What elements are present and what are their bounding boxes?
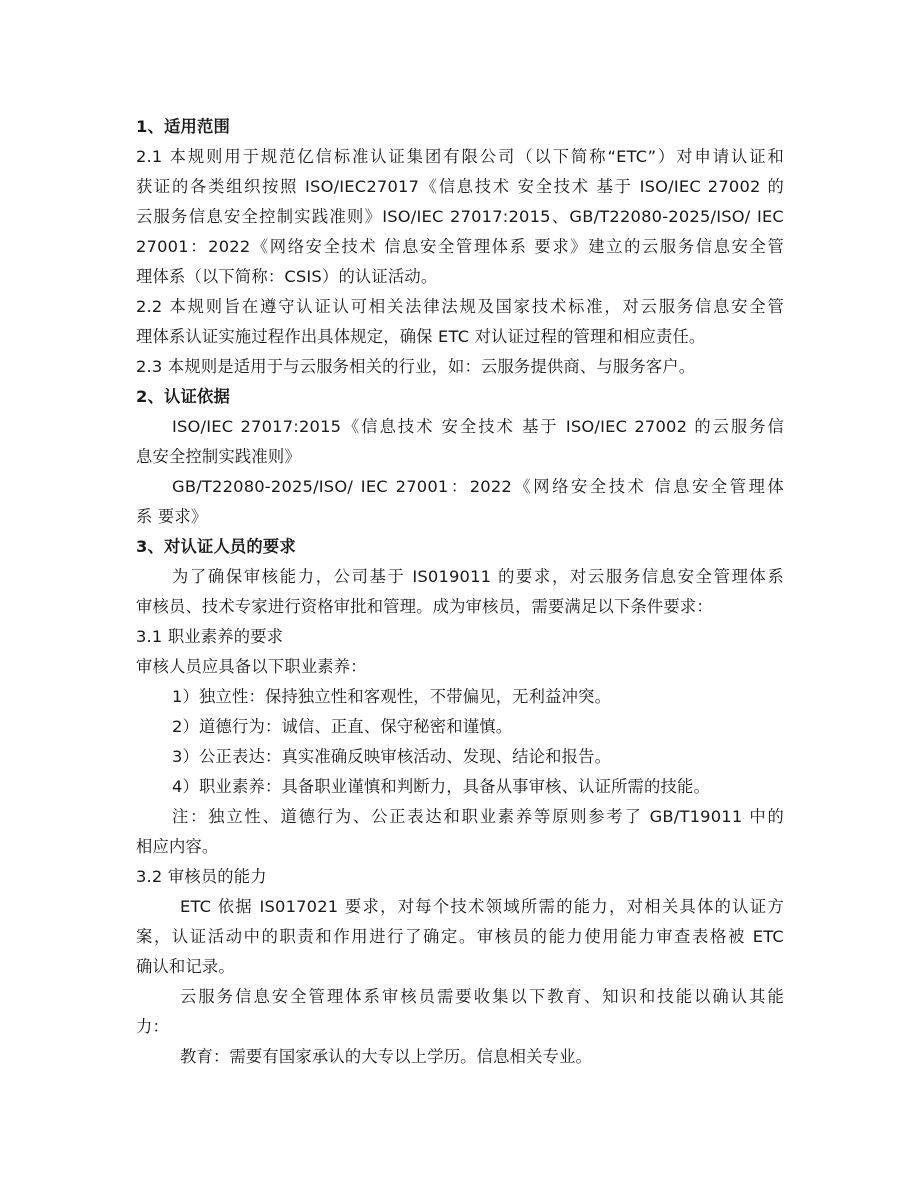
paragraph-line: 审核人员应具备以下职业素养：: [136, 652, 784, 682]
paragraph-line: 理体系（以下简称：CSIS）的认证活动。: [136, 262, 784, 292]
paragraph-line: 息安全控制实践准则》: [136, 442, 784, 472]
paragraph-line: 教育：需要有国家承认的大专以上学历。信息相关专业。: [136, 1042, 784, 1072]
subsection-title: 3.1 职业素养的要求: [136, 622, 784, 652]
note-line: 相应内容。: [136, 832, 784, 862]
paragraph-line: 理体系认证实施过程作出具体规定，确保 ETC 对认证过程的管理和相应责任。: [136, 322, 784, 352]
paragraph-line: 为了确保审核能力，公司基于 IS019011 的要求，对云服务信息安全管理体系: [136, 562, 784, 592]
paragraph-line: 2.3 本规则是适用于与云服务相关的行业，如：云服务提供商、与服务客户。: [136, 352, 784, 382]
section-heading-basis: 2、认证依据: [136, 382, 784, 412]
paragraph-line: 获证的各类组织按照 ISO/IEC27017《信息技术 安全技术 基于 ISO/…: [136, 172, 784, 202]
paragraph-line: 力：: [136, 1012, 784, 1042]
list-item: 3）公正表达：真实准确反映审核活动、发现、结论和报告。: [136, 742, 784, 772]
paragraph-line: ETC 依据 IS017021 要求，对每个技术领域所需的能力，对相关具体的认证…: [136, 892, 784, 922]
list-item: 4）职业素养：具备职业谨慎和判断力，具备从事审核、认证所需的技能。: [136, 772, 784, 802]
list-item: 1）独立性：保持独立性和客观性，不带偏见，无利益冲突。: [136, 682, 784, 712]
paragraph-line: 案，认证活动中的职责和作用进行了确定。审核员的能力使用能力审查表格被 ETC: [136, 922, 784, 952]
paragraph-line: 系 要求》: [136, 502, 784, 532]
paragraph-line: 确认和记录。: [136, 952, 784, 982]
list-item: 2）道德行为：诚信、正直、保守秘密和谨慎。: [136, 712, 784, 742]
section-heading-scope: 1、适用范围: [136, 112, 784, 142]
paragraph-line: 审核员、技术专家进行资格审批和管理。成为审核员，需要满足以下条件要求：: [136, 592, 784, 622]
note-line: 注：独立性、道德行为、公正表达和职业素养等原则参考了 GB/T19011 中的: [136, 802, 784, 832]
subsection-title: 3.2 审核员的能力: [136, 862, 784, 892]
document-page: 1、适用范围 2.1 本规则用于规范亿信标准认证集团有限公司（以下简称“ETC”…: [136, 112, 784, 1072]
paragraph-line: 2.2 本规则旨在遵守认证认可相关法律法规及国家技术标准，对云服务信息安全管: [136, 292, 784, 322]
paragraph-line: 云服务信息安全控制实践准则》ISO/IEC 27017:2015、GB/T220…: [136, 202, 784, 232]
section-heading-personnel-requirements: 3、对认证人员的要求: [136, 532, 784, 562]
paragraph-line: ISO/IEC 27017:2015《信息技术 安全技术 基于 ISO/IEC …: [136, 412, 784, 442]
paragraph-line: GB/T22080-2025/ISO/ IEC 27001：2022《网络安全技…: [136, 472, 784, 502]
paragraph-line: 27001：2022《网络安全技术 信息安全管理体系 要求》建立的云服务信息安全…: [136, 232, 784, 262]
paragraph-line: 2.1 本规则用于规范亿信标准认证集团有限公司（以下简称“ETC”）对申请认证和: [136, 142, 784, 172]
paragraph-line: 云服务信息安全管理体系审核员需要收集以下教育、知识和技能以确认其能: [136, 982, 784, 1012]
